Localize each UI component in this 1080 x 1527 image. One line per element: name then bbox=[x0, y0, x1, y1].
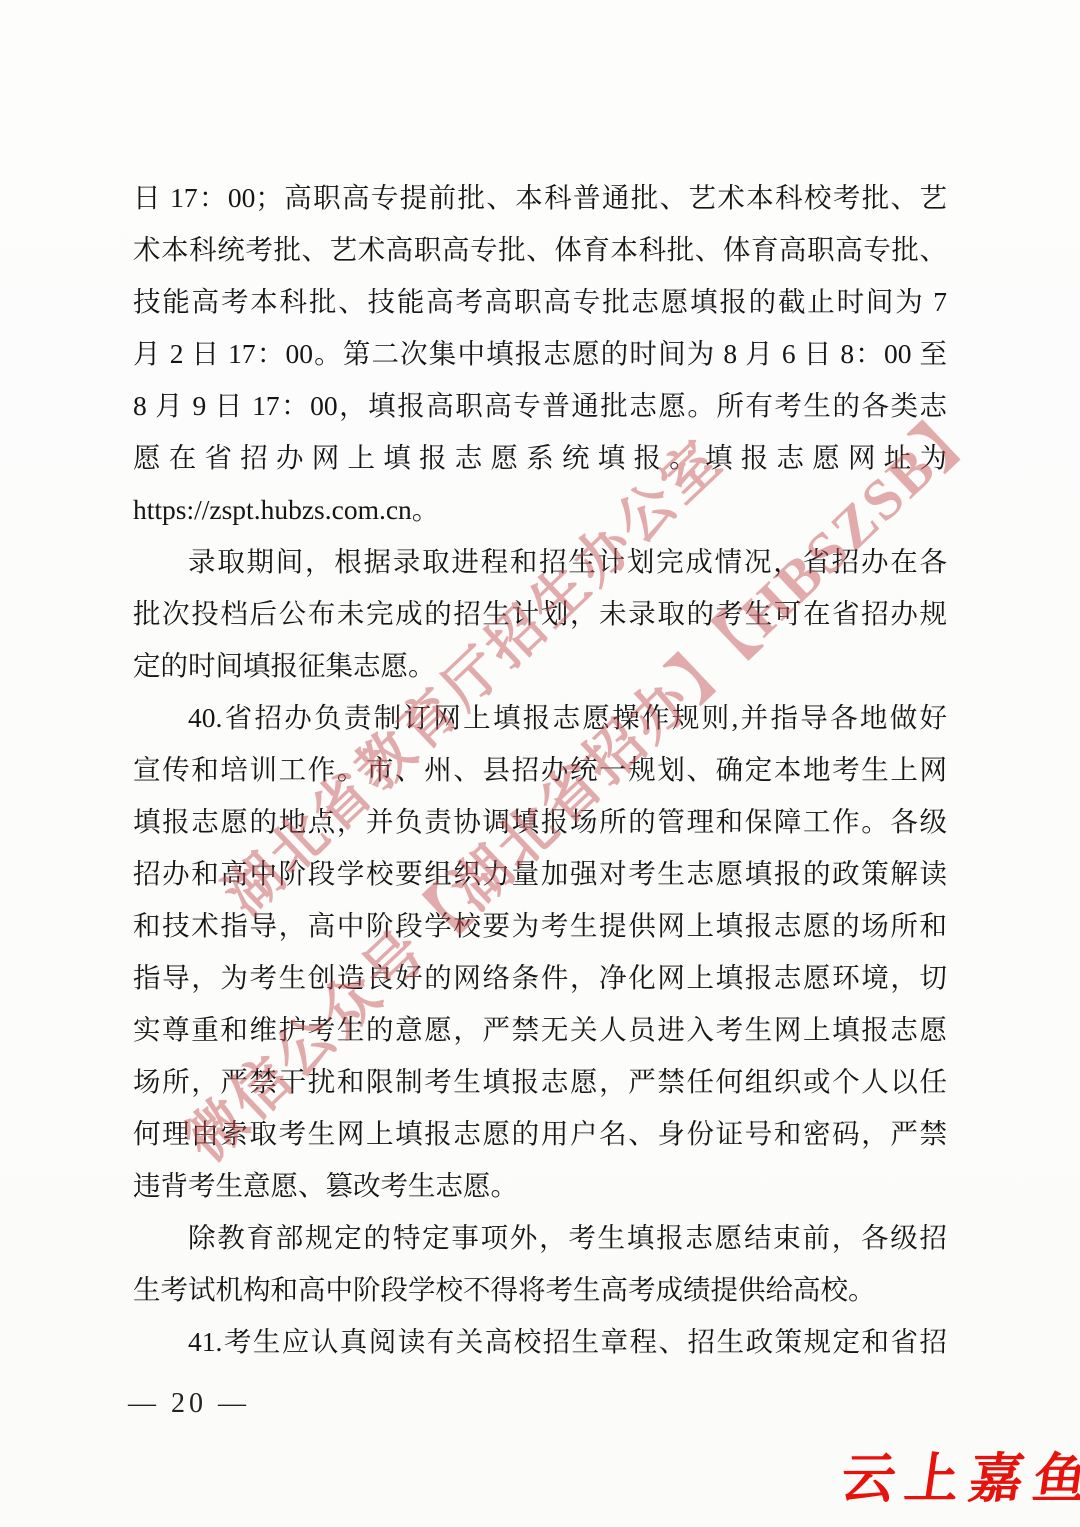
text-line: 招办和高中阶段学校要组织力量加强对考生志愿填报的政策解读 bbox=[133, 848, 947, 900]
document-body: 日 17：00；高职高专提前批、本科普通批、艺术本科校考批、艺术本科统考批、艺术… bbox=[133, 172, 947, 1368]
text-line: 日 17：00；高职高专提前批、本科普通批、艺术本科校考批、艺 bbox=[133, 172, 947, 224]
text-line: 和技术指导，高中阶段学校要为考生提供网上填报志愿的场所和 bbox=[133, 900, 947, 952]
text-line: 录取期间，根据录取进程和招生计划完成情况，省招办在各 bbox=[133, 536, 947, 588]
text-line: 除教育部规定的特定事项外，考生填报志愿结束前，各级招 bbox=[133, 1212, 947, 1264]
text-line: 41.考生应认真阅读有关高校招生章程、招生政策规定和省招 bbox=[133, 1316, 947, 1368]
text-line: 场所，严禁干扰和限制考生填报志愿，严禁任何组织或个人以任 bbox=[133, 1056, 947, 1108]
text-line: 批次投档后公布未完成的招生计划，未录取的考生可在省招办规 bbox=[133, 588, 947, 640]
text-line: 宣传和培训工作。市、州、县招办统一规划、确定本地考生上网 bbox=[133, 744, 947, 796]
text-line: 生考试机构和高中阶段学校不得将考生高考成绩提供给高校。 bbox=[133, 1264, 947, 1316]
text-line: 40.省招办负责制订网上填报志愿操作规则,并指导各地做好 bbox=[133, 692, 947, 744]
text-line: 技能高考本科批、技能高考高职高专批志愿填报的截止时间为 7 bbox=[133, 276, 947, 328]
text-line: 定的时间填报征集志愿。 bbox=[133, 640, 947, 692]
text-line: 术本科统考批、艺术高职高专批、体育本科批、体育高职高专批、 bbox=[133, 224, 947, 276]
text-line: https://zspt.hubzs.com.cn。 bbox=[133, 484, 947, 536]
text-line: 何理由索取考生网上填报志愿的用户名、身份证号和密码，严禁 bbox=[133, 1108, 947, 1160]
text-line: 月 2 日 17：00。第二次集中填报志愿的时间为 8 月 6 日 8：00 至 bbox=[133, 328, 947, 380]
text-line: 8 月 9 日 17：00，填报高职高专普通批志愿。所有考生的各类志 bbox=[133, 380, 947, 432]
text-line: 愿在省招办网上填报志愿系统填报。填报志愿网址为 bbox=[133, 432, 947, 484]
red-stamp-text: 云上嘉鱼 bbox=[837, 1436, 1080, 1513]
document-page: 日 17：00；高职高专提前批、本科普通批、艺术本科校考批、艺术本科统考批、艺术… bbox=[0, 0, 1080, 1527]
text-line: 指导，为考生创造良好的网络条件，净化网上填报志愿环境，切 bbox=[133, 952, 947, 1004]
page-number: — 20 — bbox=[128, 1388, 250, 1420]
text-line: 实尊重和维护考生的意愿，严禁无关人员进入考生网上填报志愿 bbox=[133, 1004, 947, 1056]
text-line: 填报志愿的地点，并负责协调填报场所的管理和保障工作。各级 bbox=[133, 796, 947, 848]
text-line: 违背考生意愿、篡改考生志愿。 bbox=[133, 1160, 947, 1212]
